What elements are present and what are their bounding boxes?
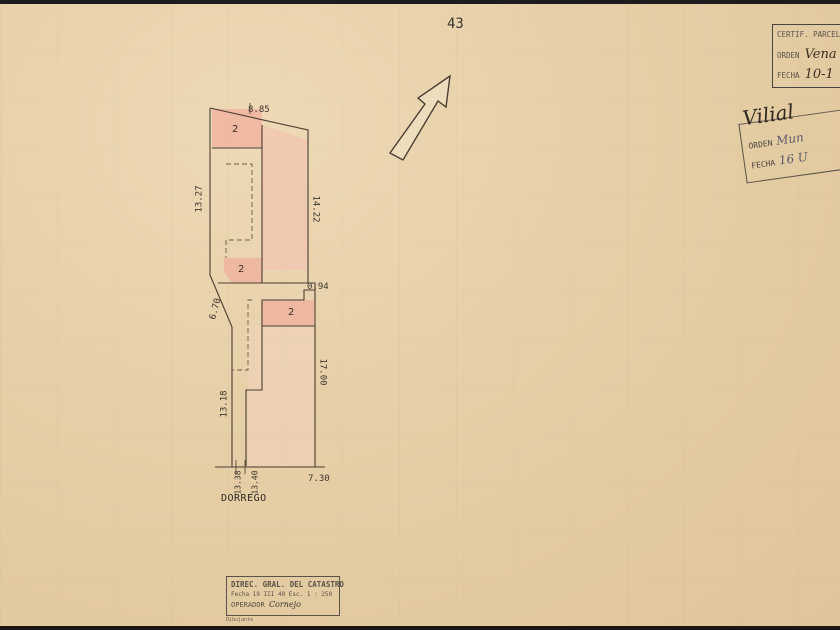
stamp-label: OPERADOR: [231, 601, 265, 609]
stamp-operator-row: OPERADOR Cornejo: [227, 598, 339, 609]
unit-label: 2: [288, 307, 294, 318]
stamp-subline: Dibujante: [226, 617, 253, 623]
stamp-handwritten-value: Cornejo: [269, 600, 301, 609]
lot-plan-drawing: [0, 4, 840, 626]
stamp-top-right: CERTIF. PARCEL N. ORDENVena FECHA10-1: [772, 24, 840, 88]
dim-right-upper: 14.22: [311, 195, 321, 222]
cadastral-sheet: 43: [0, 4, 840, 626]
dim-frontage-a: 13.38: [234, 470, 243, 494]
stamp-handwritten-value: 16 U: [778, 150, 809, 168]
dim-frontage-b: 13.40: [251, 470, 260, 494]
stamp-row: FECHA16 U: [750, 150, 809, 172]
stamp-handwritten-value: Mun: [775, 130, 804, 148]
stamp-catastro: DIREC. GRAL. DEL CATASTRO Fecha 19 III 4…: [226, 576, 340, 616]
north-arrow-icon: [390, 76, 450, 160]
street-name: DORREGO: [221, 493, 267, 504]
stamp-row: ORDENVena: [773, 45, 840, 65]
stamp-label: ORDEN: [748, 139, 773, 151]
stamp-handwritten-value: Vena: [805, 47, 837, 62]
stamp-row: CERTIF. PARCEL N.: [773, 25, 840, 45]
stamp-date-scale: Fecha 19 III 40 Esc. 1 : 250: [227, 589, 339, 598]
stamp-right: Vilial ORDENMun FECHA16 U: [738, 109, 840, 184]
stamp-row: FECHA10-1: [773, 65, 840, 85]
stamp-title: DIREC. GRAL. DEL CATASTRO: [227, 577, 339, 589]
dim-frontage-c: 7.30: [308, 474, 330, 484]
stamp-label: ORDEN: [777, 51, 800, 60]
unit-label: 2: [238, 264, 244, 275]
stamp-row: ORDENMun: [747, 130, 804, 152]
dim-top: 8.85: [248, 105, 270, 115]
dim-offset: 0.94: [307, 282, 329, 292]
stamp-label: FECHA: [751, 158, 776, 170]
dim-left-upper: 13.27: [195, 185, 205, 212]
stamp-label: CERTIF. PARCEL N.: [777, 30, 840, 39]
stamp-handwritten-value: 10-1: [805, 67, 834, 82]
frontage-ticks: [236, 103, 250, 474]
unit-label: 2: [232, 124, 238, 135]
dim-left-lower: 13.18: [220, 390, 230, 417]
stamp-label: FECHA: [777, 71, 800, 80]
dim-right-lower: 17.00: [318, 358, 328, 385]
bottom-edge-border: [0, 626, 840, 630]
